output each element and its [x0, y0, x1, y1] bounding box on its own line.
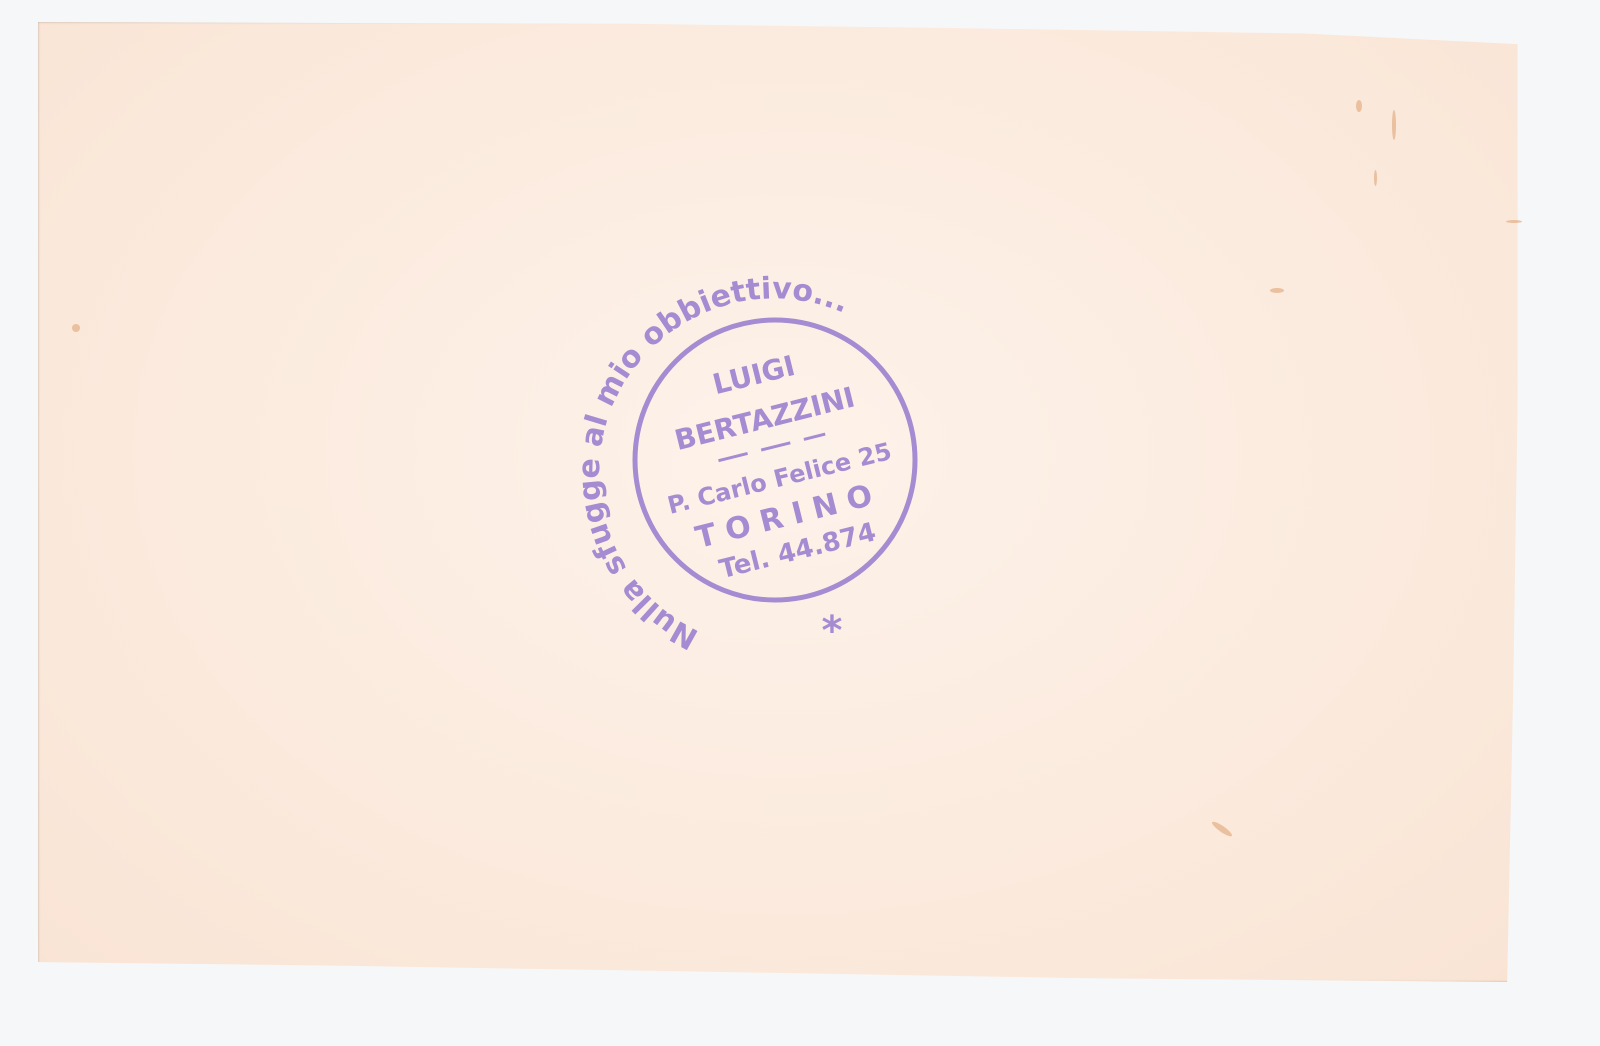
- stain-mark: [1270, 288, 1284, 293]
- stamp-last-name: BERTAZZINI: [671, 380, 858, 457]
- stain-mark: [1392, 110, 1396, 140]
- photographer-stamp: Nulla sfugge al mio obbiettivo... LUIGI …: [570, 262, 990, 682]
- stain-mark: [1506, 220, 1522, 223]
- star-icon: *: [822, 608, 843, 654]
- stain-mark: [1356, 100, 1362, 112]
- stain-mark: [72, 324, 80, 332]
- stain-mark: [1374, 170, 1377, 186]
- stamp-first-name: LUIGI: [709, 349, 798, 401]
